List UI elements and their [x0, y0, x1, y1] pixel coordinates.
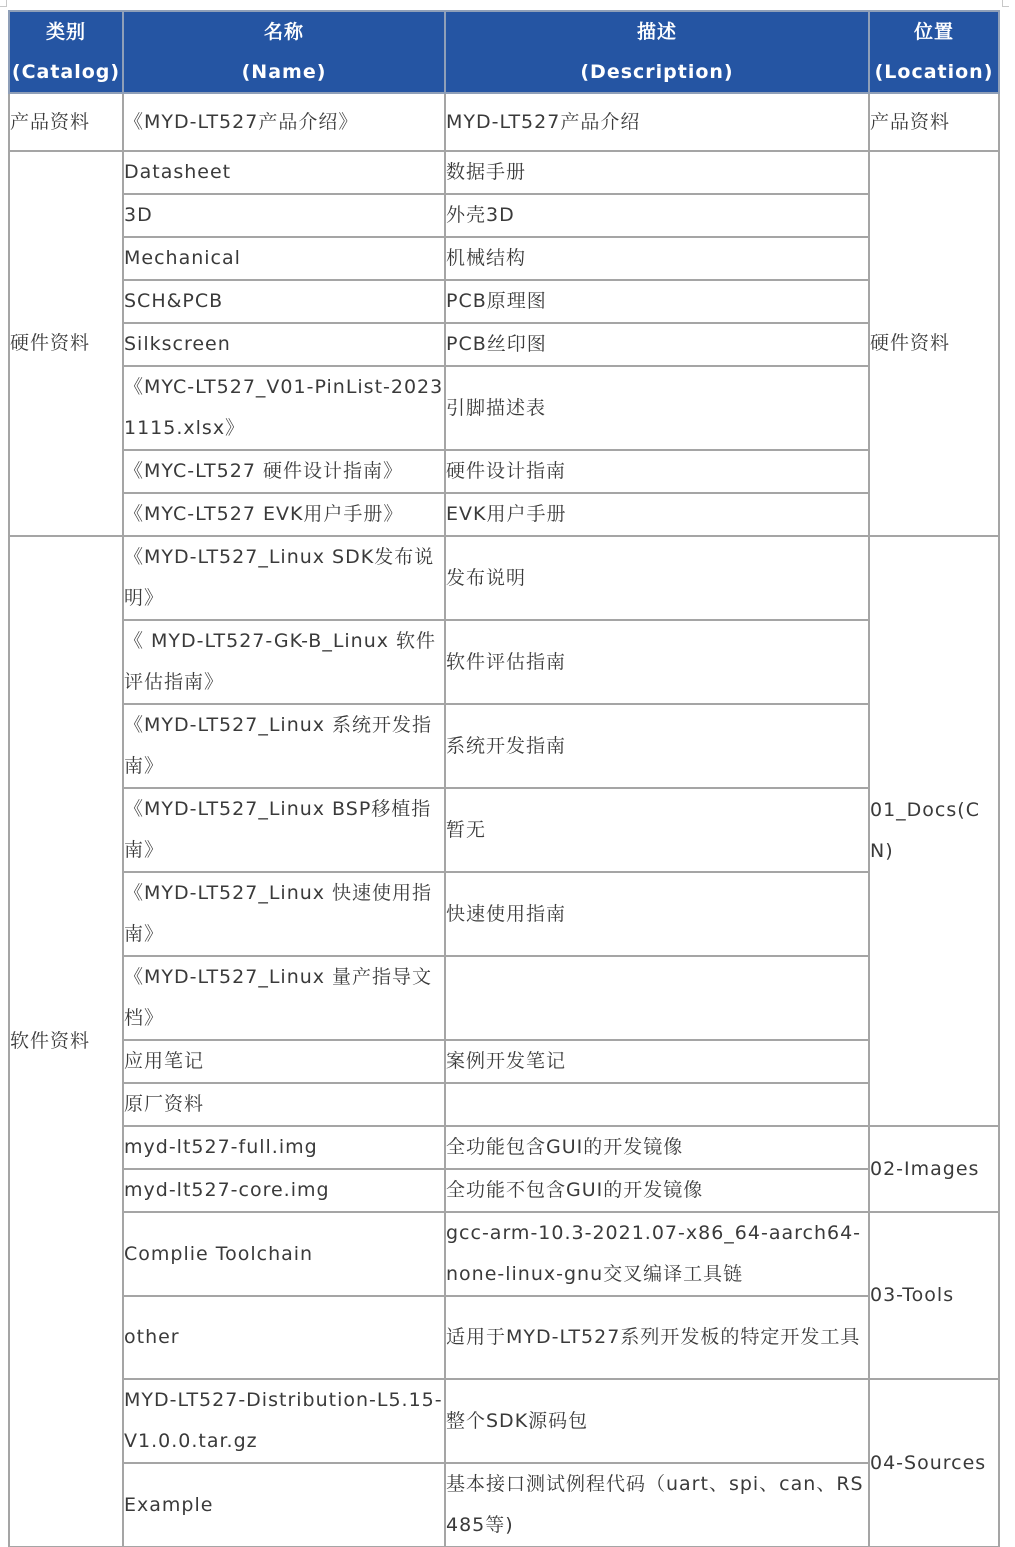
header-name-en: (Name) — [124, 52, 444, 92]
description-cell: 硬件设计指南 — [445, 450, 869, 493]
header-catalog-en: (Catalog) — [10, 52, 122, 92]
table-row: Example 基本接口测试例程代码（uart、spi、can、RS485等) — [9, 1463, 999, 1547]
description-cell: gcc-arm-10.3-2021.07-x86_64-aarch64-none… — [445, 1212, 869, 1296]
description-cell: 快速使用指南 — [445, 872, 869, 956]
name-cell: Datasheet — [123, 151, 445, 194]
name-cell: myd-lt527-core.img — [123, 1169, 445, 1212]
table-row: 产品资料 《MYD-LT527产品介绍》 MYD-LT527产品介绍 产品资料 — [9, 93, 999, 151]
header-name: 名称 (Name) — [123, 11, 445, 93]
description-cell: 暂无 — [445, 788, 869, 872]
table-row: Mechanical 机械结构 — [9, 237, 999, 280]
table-row: 应用笔记 案例开发笔记 — [9, 1040, 999, 1083]
catalog-cell: 产品资料 — [9, 93, 123, 151]
table-row: 3D 外壳3D — [9, 194, 999, 237]
description-cell: 适用于MYD-LT527系列开发板的特定开发工具 — [445, 1296, 869, 1379]
name-cell: 《MYC-LT527 硬件设计指南》 — [123, 450, 445, 493]
header-description: 描述 (Description) — [445, 11, 869, 93]
header-catalog-cn: 类别 — [10, 12, 122, 52]
table-row: Silkscreen PCB丝印图 — [9, 323, 999, 366]
header-description-cn: 描述 — [446, 12, 868, 52]
name-cell: 《MYD-LT527_Linux 系统开发指南》 — [123, 704, 445, 788]
name-cell: 《 MYD-LT527-GK-B_Linux 软件评估指南》 — [123, 620, 445, 704]
description-cell: 数据手册 — [445, 151, 869, 194]
table-row: MYD-LT527-Distribution-L5.15-V1.0.0.tar.… — [9, 1379, 999, 1463]
header-location-en: (Location) — [870, 52, 998, 92]
location-cell: 03-Tools — [869, 1212, 999, 1379]
table-row: 原厂资料 — [9, 1083, 999, 1126]
name-cell: Mechanical — [123, 237, 445, 280]
header-location-cn: 位置 — [870, 12, 998, 52]
name-cell: 《MYD-LT527_Linux SDK发布说明》 — [123, 536, 445, 620]
crop-mark-left — [0, 0, 7, 7]
header-catalog: 类别 (Catalog) — [9, 11, 123, 93]
table-row: 《MYD-LT527_Linux 系统开发指南》 系统开发指南 — [9, 704, 999, 788]
table-row: Complie Toolchain gcc-arm-10.3-2021.07-x… — [9, 1212, 999, 1296]
name-cell: 《MYC-LT527 EVK用户手册》 — [123, 493, 445, 536]
name-cell: 《MYD-LT527_Linux BSP移植指南》 — [123, 788, 445, 872]
name-cell: myd-lt527-full.img — [123, 1126, 445, 1169]
description-cell: 机械结构 — [445, 237, 869, 280]
table-row: 《MYC-LT527 硬件设计指南》 硬件设计指南 — [9, 450, 999, 493]
name-cell: Example — [123, 1463, 445, 1547]
header-location: 位置 (Location) — [869, 11, 999, 93]
description-cell: 案例开发笔记 — [445, 1040, 869, 1083]
table-row: SCH&PCB PCB原理图 — [9, 280, 999, 323]
table-row: 《MYC-LT527 EVK用户手册》 EVK用户手册 — [9, 493, 999, 536]
name-cell: Complie Toolchain — [123, 1212, 445, 1296]
header-name-cn: 名称 — [124, 12, 444, 52]
description-cell — [445, 956, 869, 1040]
description-cell — [445, 1083, 869, 1126]
table-row: 《MYD-LT527_Linux 量产指导文档》 — [9, 956, 999, 1040]
name-cell: 3D — [123, 194, 445, 237]
description-cell: 外壳3D — [445, 194, 869, 237]
location-cell: 04-Sources — [869, 1379, 999, 1547]
table-row: myd-lt527-full.img 全功能包含GUI的开发镜像 02-Imag… — [9, 1126, 999, 1169]
description-cell: PCB丝印图 — [445, 323, 869, 366]
description-cell: 全功能包含GUI的开发镜像 — [445, 1126, 869, 1169]
name-cell: 《MYC-LT527_V01-PinList-20231115.xlsx》 — [123, 366, 445, 450]
description-cell: 基本接口测试例程代码（uart、spi、can、RS485等) — [445, 1463, 869, 1547]
name-cell: 《MYD-LT527_Linux 快速使用指南》 — [123, 872, 445, 956]
table-row: 《 MYD-LT527-GK-B_Linux 软件评估指南》 软件评估指南 — [9, 620, 999, 704]
name-cell: 《MYD-LT527产品介绍》 — [123, 93, 445, 151]
name-cell: Silkscreen — [123, 323, 445, 366]
location-cell: 产品资料 — [869, 93, 999, 151]
description-cell: 软件评估指南 — [445, 620, 869, 704]
description-cell: PCB原理图 — [445, 280, 869, 323]
name-cell: other — [123, 1296, 445, 1379]
table-row: other 适用于MYD-LT527系列开发板的特定开发工具 — [9, 1296, 999, 1379]
catalog-cell: 软件资料 — [9, 536, 123, 1547]
name-cell: SCH&PCB — [123, 280, 445, 323]
name-cell: MYD-LT527-Distribution-L5.15-V1.0.0.tar.… — [123, 1379, 445, 1463]
name-cell: 应用笔记 — [123, 1040, 445, 1083]
table-row: 硬件资料 Datasheet 数据手册 硬件资料 — [9, 151, 999, 194]
table-row: 软件资料 《MYD-LT527_Linux SDK发布说明》 发布说明 01_D… — [9, 536, 999, 620]
resource-table: 类别 (Catalog) 名称 (Name) 描述 (Description) … — [8, 10, 1000, 1547]
description-cell: 引脚描述表 — [445, 366, 869, 450]
header-row: 类别 (Catalog) 名称 (Name) 描述 (Description) … — [9, 11, 999, 93]
table-row: myd-lt527-core.img 全功能不包含GUI的开发镜像 — [9, 1169, 999, 1212]
description-cell: 全功能不包含GUI的开发镜像 — [445, 1169, 869, 1212]
description-cell: 系统开发指南 — [445, 704, 869, 788]
description-cell: MYD-LT527产品介绍 — [445, 93, 869, 151]
description-cell: 整个SDK源码包 — [445, 1379, 869, 1463]
header-description-en: (Description) — [446, 52, 868, 92]
catalog-cell: 硬件资料 — [9, 151, 123, 536]
crop-mark-right — [1002, 0, 1009, 7]
table-row: 《MYD-LT527_Linux 快速使用指南》 快速使用指南 — [9, 872, 999, 956]
table-row: 《MYD-LT527_Linux BSP移植指南》 暂无 — [9, 788, 999, 872]
location-cell: 01_Docs(CN) — [869, 536, 999, 1126]
description-cell: 发布说明 — [445, 536, 869, 620]
name-cell: 原厂资料 — [123, 1083, 445, 1126]
location-cell: 02-Images — [869, 1126, 999, 1212]
name-cell: 《MYD-LT527_Linux 量产指导文档》 — [123, 956, 445, 1040]
description-cell: EVK用户手册 — [445, 493, 869, 536]
table-row: 《MYC-LT527_V01-PinList-20231115.xlsx》 引脚… — [9, 366, 999, 450]
location-cell: 硬件资料 — [869, 151, 999, 536]
